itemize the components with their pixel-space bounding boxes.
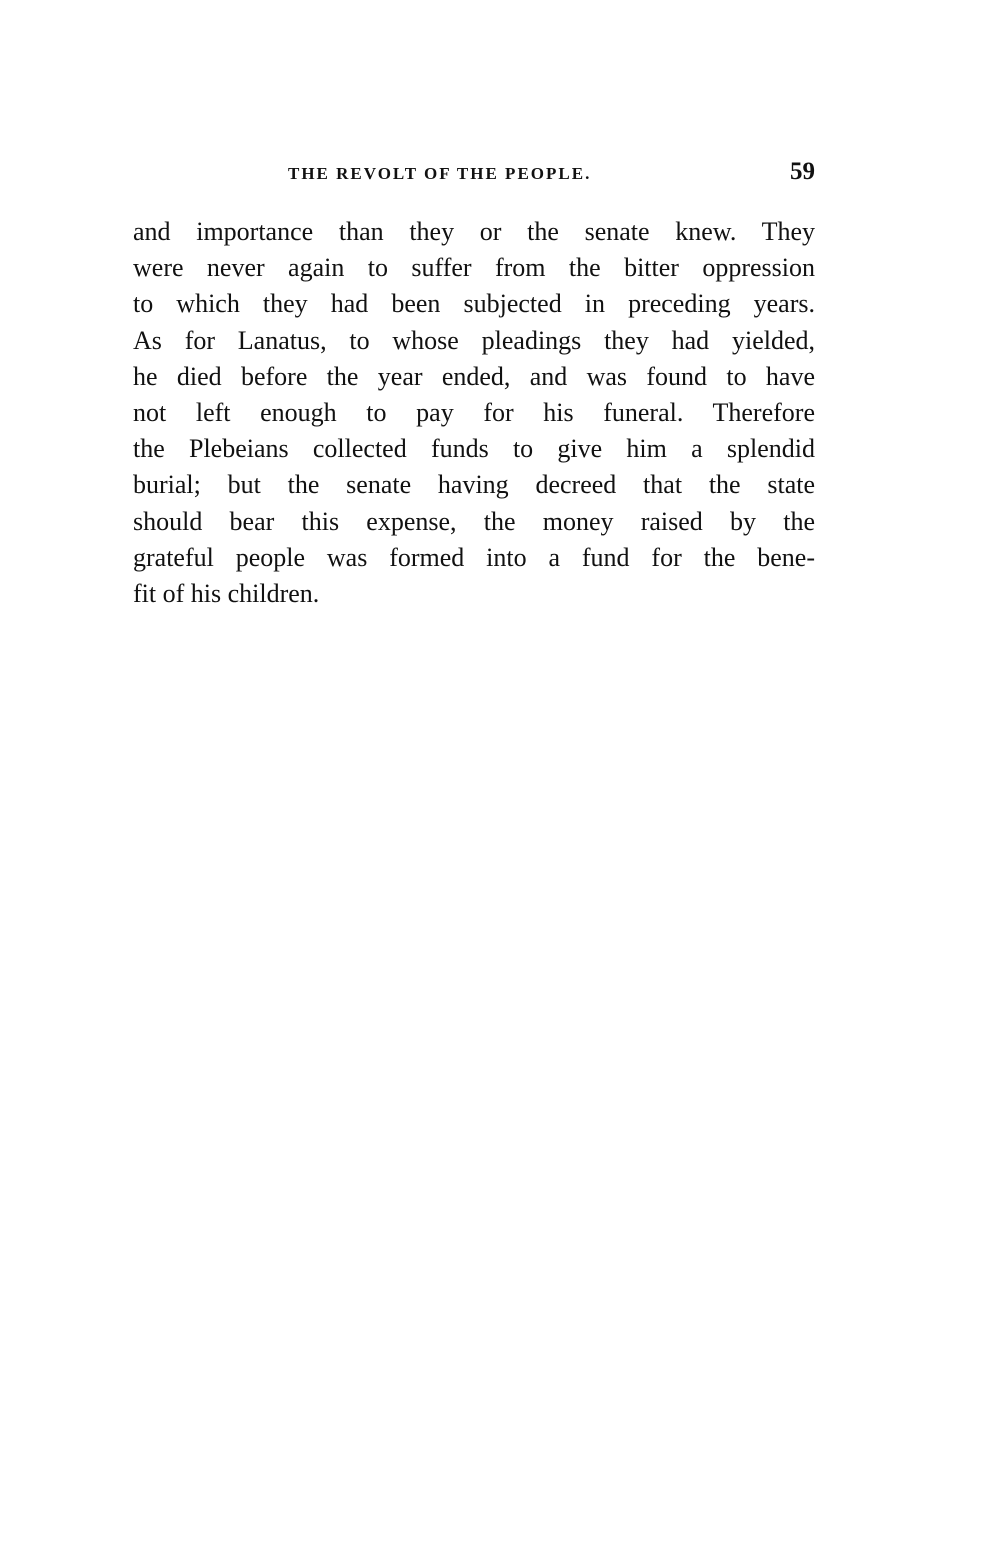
text-line: the Plebeians collected funds to give hi… bbox=[133, 431, 815, 467]
text-line: not left enough to pay for his funeral. … bbox=[133, 395, 815, 431]
text-line: were never again to suffer from the bitt… bbox=[133, 250, 815, 286]
text-line: grateful people was formed into a fund f… bbox=[133, 540, 815, 576]
body-paragraph: and importance than they or the senate k… bbox=[133, 214, 815, 612]
text-line: burial; but the senate having decreed th… bbox=[133, 467, 815, 503]
text-line: and importance than they or the senate k… bbox=[133, 214, 815, 250]
text-line: should bear this expense, the money rais… bbox=[133, 504, 815, 540]
text-line: he died before the year ended, and was f… bbox=[133, 359, 815, 395]
text-line: fit of his children. bbox=[133, 576, 815, 612]
running-title: THE REVOLT OF THE PEOPLE. bbox=[288, 164, 591, 184]
text-line: to which they had been subjected in prec… bbox=[133, 286, 815, 322]
text-line: As for Lanatus, to whose pleadings they … bbox=[133, 323, 815, 359]
book-page: THE REVOLT OF THE PEOPLE. 59 and importa… bbox=[0, 0, 1000, 1551]
page-number: 59 bbox=[790, 158, 815, 186]
running-head: THE REVOLT OF THE PEOPLE. 59 bbox=[133, 160, 815, 190]
